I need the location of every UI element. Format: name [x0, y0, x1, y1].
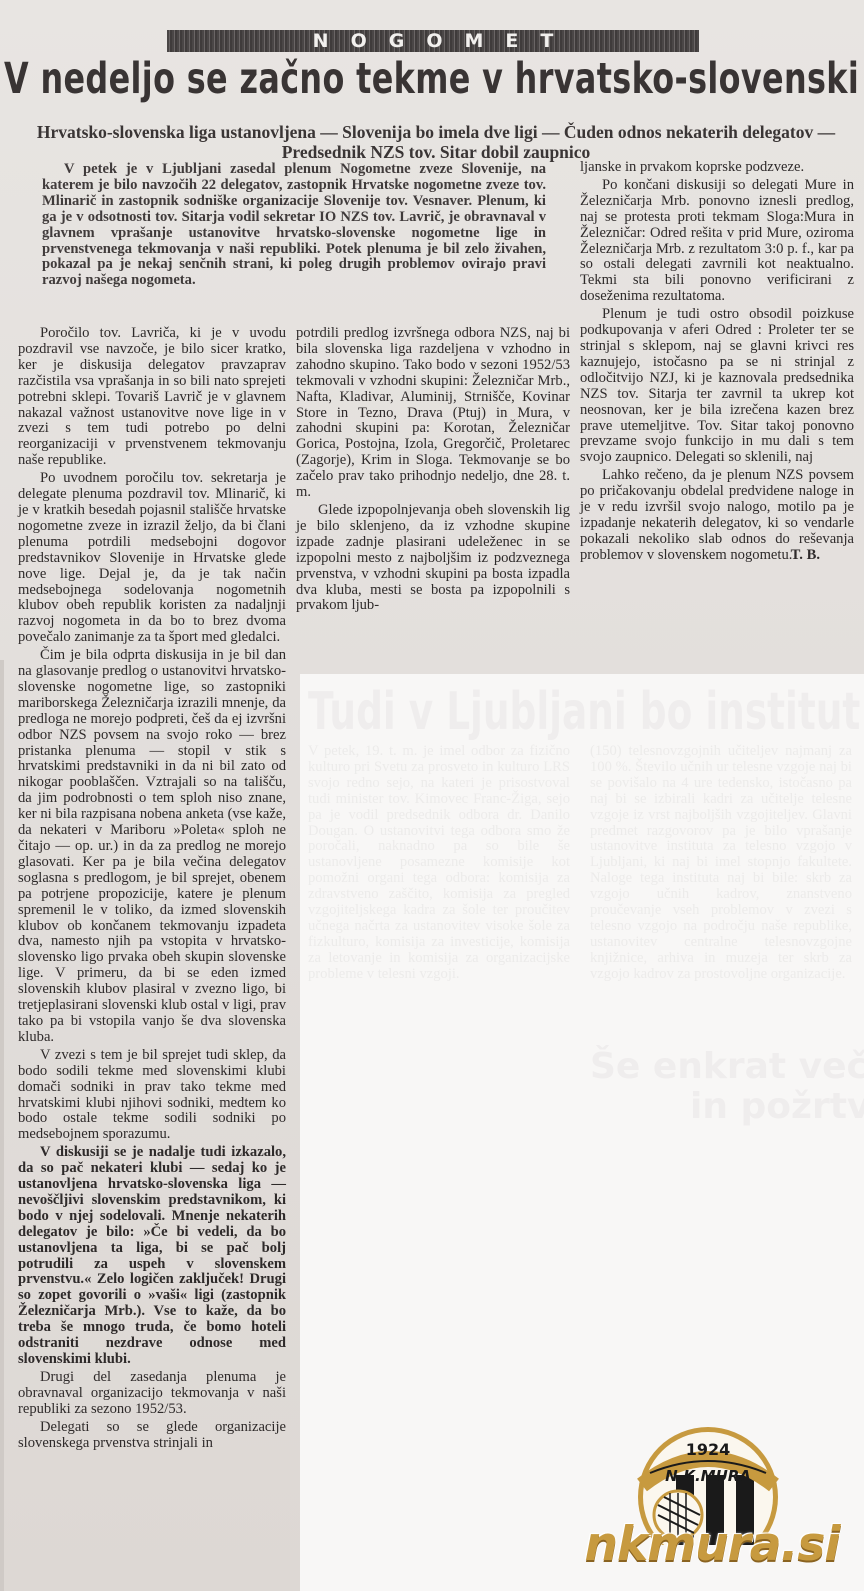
newspaper-page: NOGOMET V nedeljo se začno tekme v hrvat…: [0, 0, 864, 1591]
nk-mura-logo: 1924 N.K.MURA nkmura.si: [566, 1425, 858, 1591]
paragraph: Čim je bila odprta diskusija in je bil d…: [18, 648, 286, 1046]
page-edge-shadow: [0, 660, 4, 1591]
faded-column-a: V petek, 19. t. m. je imel odbor za fizi…: [308, 744, 570, 983]
article-column-3: ljanske in prvakom koprske podzveze. Po …: [580, 160, 854, 564]
section-banner: NOGOMET: [167, 30, 699, 52]
paragraph: Drugi del zasedanja plenuma je obravnava…: [18, 1370, 286, 1418]
paragraph: Glede izpopolnjevanja obeh slovenskih li…: [296, 503, 570, 614]
paragraph: V diskusiji se je nadalje tudi izkazalo,…: [18, 1145, 286, 1368]
article-lead: V petek je v Ljubljani zasedal plenum No…: [42, 162, 546, 289]
faded-column-b: (150) telesnovzgojnih učiteljev najmanj …: [590, 744, 852, 983]
article-column-2: potrdili predlog izvršnega odbora NZS, n…: [296, 326, 570, 614]
paragraph: Plenum je tudi ostro obsodil poizkuse po…: [580, 307, 854, 466]
paragraph: ljanske in prvakom koprske podzveze.: [580, 160, 854, 176]
faded-headline: Tudi v Ljubljani bo institut za t: [308, 682, 864, 742]
faded-subheadline-1: Še enkrat več š: [590, 1046, 864, 1087]
paragraph: Delegati so se glede organizacije sloven…: [18, 1420, 286, 1452]
crest-year: 1924: [686, 1440, 731, 1459]
site-wordmark: nkmura.si: [566, 1517, 858, 1572]
section-banner-label: NOGOMET: [291, 30, 576, 52]
paragraph: Po končani diskusiji so delegati Mure in…: [580, 178, 854, 305]
crest-club-name: N.K.MURA: [665, 1467, 751, 1485]
article-headline: V nedeljo se začno tekme v hrvatsko-slov…: [4, 54, 640, 110]
lead-paragraph: V petek je v Ljubljani zasedal plenum No…: [42, 162, 546, 289]
paragraph: Poročilo tov. Lavriča, ki je v uvodu poz…: [18, 326, 286, 469]
paragraph: V zvezi s tem je bil sprejet tudi sklep,…: [18, 1048, 286, 1143]
article-column-1: Poročilo tov. Lavriča, ki je v uvodu poz…: [18, 326, 286, 1451]
paragraph: Po uvodnem poročilu tov. sekretarja je d…: [18, 471, 286, 646]
article-subheadline: Hrvatsko-slovenska liga ustanovljena — S…: [26, 122, 846, 162]
paragraph: potrdili predlog izvršnega odbora NZS, n…: [296, 326, 570, 501]
faded-subheadline-2: in požrtv: [690, 1086, 864, 1127]
